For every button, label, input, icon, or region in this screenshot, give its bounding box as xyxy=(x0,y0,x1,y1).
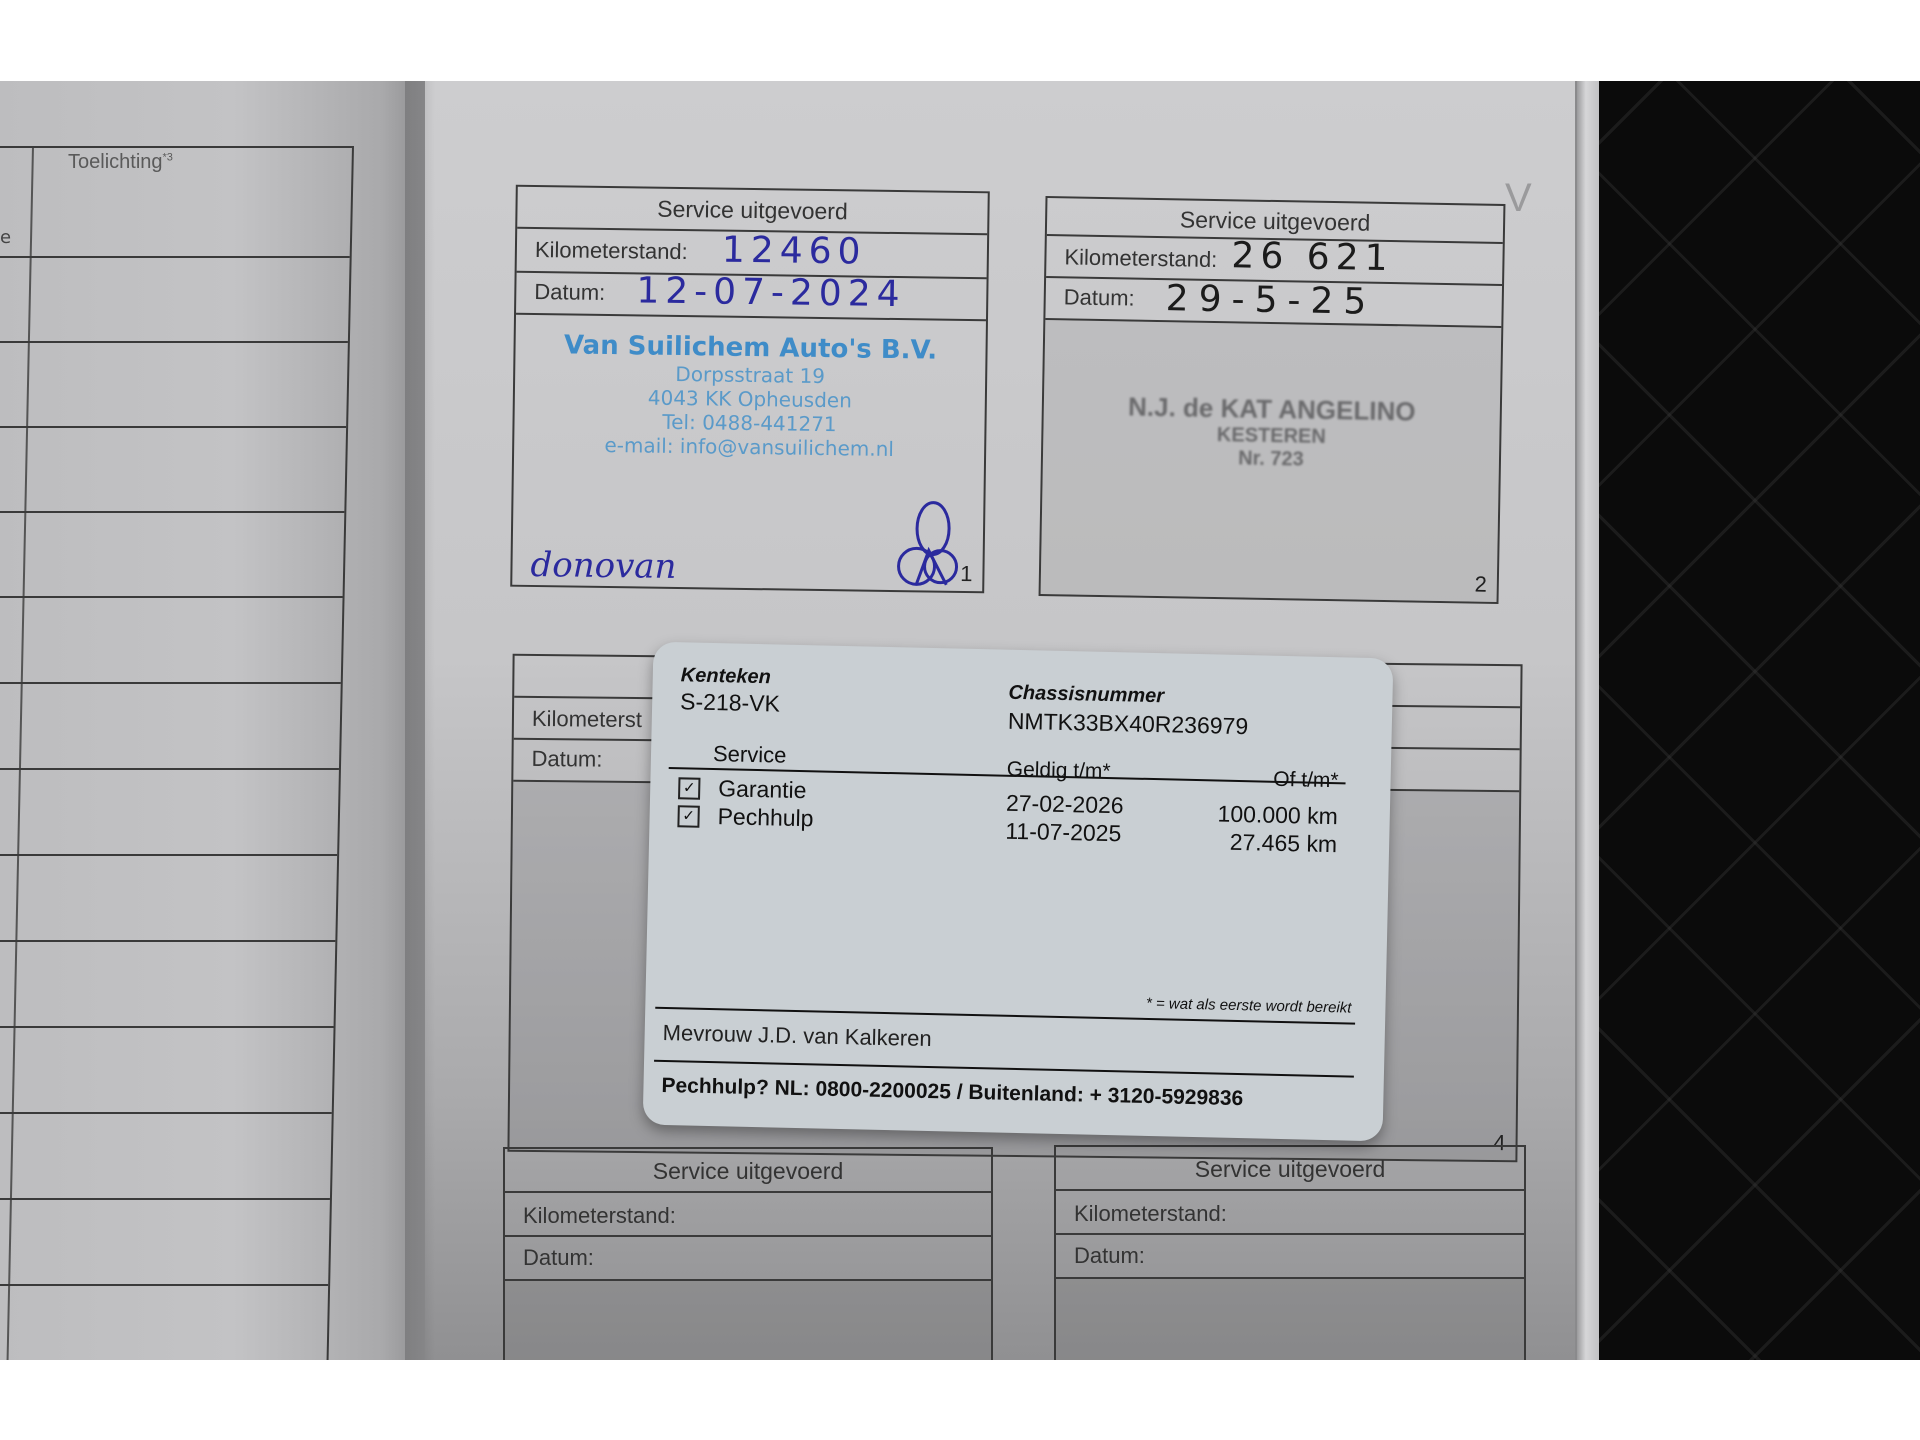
table-row-line xyxy=(0,256,350,258)
notes-table xyxy=(0,146,354,1360)
km-handwritten: 26 621 xyxy=(1231,235,1394,279)
notes-column-header: Toelichting*3 xyxy=(68,151,173,174)
service-box-title: Service uitgevoerd xyxy=(517,187,988,236)
dark-quilted-background xyxy=(1590,81,1920,1360)
service-km-limit: 27.465 km xyxy=(1229,829,1337,858)
date-label: Datum: xyxy=(1064,284,1135,311)
service-name: Garantie xyxy=(718,775,807,804)
date-label: Datum: xyxy=(534,279,605,306)
table-row-line xyxy=(0,341,348,343)
chassis-number-value: NMTK33BX40R236979 xyxy=(1008,708,1249,740)
service-box-title: Service uitgevoerd xyxy=(1056,1147,1524,1191)
date-row: Datum: xyxy=(1056,1235,1524,1279)
date-label: Datum: xyxy=(523,1245,594,1271)
stamp-area xyxy=(505,1281,991,1360)
chassis-number-label: Chassisnummer xyxy=(1008,682,1164,709)
table-row-line xyxy=(0,1198,330,1200)
date-label: Datum: xyxy=(1074,1243,1145,1269)
km-label: Kilometerstand: xyxy=(523,1203,676,1229)
license-plate-label: Kenteken xyxy=(681,664,772,689)
service-box-title: Service uitgevoerd xyxy=(505,1149,991,1193)
date-handwritten: 29-5-25 xyxy=(1165,278,1376,323)
service-row-garantie: ✓ Garantie xyxy=(678,774,807,804)
service-valid-until: 27-02-2026 xyxy=(1006,790,1124,820)
valid-until-column-header: Geldig t/m* xyxy=(1006,758,1110,784)
km-label: Kilometerstand: xyxy=(1074,1201,1227,1227)
dealer-stamp: Van Suilichem Auto's B.V. Dorpsstraat 19… xyxy=(514,330,986,463)
service-km-limit: 100.000 km xyxy=(1217,801,1338,831)
table-row-line xyxy=(0,146,352,148)
service-name: Pechhulp xyxy=(717,803,814,832)
table-row-line xyxy=(0,854,337,856)
km-row: Kilometerstand: xyxy=(1056,1191,1524,1235)
service-column-header: Service xyxy=(713,741,787,769)
km-row: Kilometerstand: xyxy=(505,1193,991,1237)
checkbox-checked-icon: ✓ xyxy=(677,805,699,827)
workshop-stamp: N.J. de KAT ANGELINO KESTEREN Nr. 723 xyxy=(1043,390,1500,475)
card-owner-name: Mevrouw J.D. van Kalkeren xyxy=(662,1020,932,1052)
service-box-1: Service uitgevoerd Kilometerstand: 12460… xyxy=(510,185,990,594)
table-row-line xyxy=(0,682,341,684)
box-number: 1 xyxy=(960,561,973,587)
license-plate-value: S-218-VK xyxy=(680,688,780,717)
date-handwritten: 12-07-2024 xyxy=(636,270,906,315)
service-box-5: Service uitgevoerd Kilometerstand: Datum… xyxy=(503,1147,993,1360)
dealer-email: e-mail: info@vansuilichem.nl xyxy=(514,432,984,463)
cut-off-text: e xyxy=(0,227,11,248)
signature-scribble-icon xyxy=(894,498,965,591)
service-box-2: Service uitgevoerd Kilometerstand: 26 62… xyxy=(1039,196,1506,604)
table-row-line xyxy=(0,426,346,428)
service-row-pechhulp: ✓ Pechhulp xyxy=(677,802,813,832)
table-row-line xyxy=(0,511,344,513)
service-valid-until: 11-07-2025 xyxy=(1005,818,1122,848)
km-label: Kilometerstand: xyxy=(1064,244,1217,273)
table-row-line xyxy=(0,1284,328,1286)
page-edge xyxy=(1575,81,1599,1360)
left-page: Toelichting*3 e xyxy=(0,81,425,1360)
km-handwritten: 12460 xyxy=(722,230,867,273)
roadside-assistance-phone: Pechhulp? NL: 0800-2200025 / Buitenland:… xyxy=(661,1074,1243,1111)
owner-divider xyxy=(654,1060,1354,1078)
km-label: Kilometerst xyxy=(532,706,642,733)
km-label: Kilometerstand: xyxy=(535,237,688,265)
table-row-line xyxy=(0,1026,334,1028)
box-number: 2 xyxy=(1474,572,1487,598)
service-booklet-photo: Toelichting*3 e V Service uitgevoerd Kil… xyxy=(0,81,1920,1360)
warranty-card: Kenteken S-218-VK Chassisnummer NMTK33BX… xyxy=(643,642,1394,1142)
table-column-divider xyxy=(7,146,34,1360)
signature-name: donovan xyxy=(530,545,677,587)
book-gutter-shadow xyxy=(405,81,435,1360)
stamp-area xyxy=(1056,1279,1524,1360)
table-row-line xyxy=(0,768,339,770)
service-box-6: Service uitgevoerd Kilometerstand: Datum… xyxy=(1054,1145,1526,1360)
table-row-line xyxy=(0,940,335,942)
table-row-line xyxy=(0,596,343,598)
footnote: * = wat als eerste wordt bereikt xyxy=(1146,995,1352,1017)
date-row: Datum: xyxy=(505,1237,991,1281)
page-marker: V xyxy=(1505,176,1532,221)
date-label: Datum: xyxy=(531,746,602,773)
table-row-line xyxy=(0,1112,332,1114)
date-row: Datum: 12-07-2024 xyxy=(516,273,987,322)
checkbox-checked-icon: ✓ xyxy=(678,777,700,799)
